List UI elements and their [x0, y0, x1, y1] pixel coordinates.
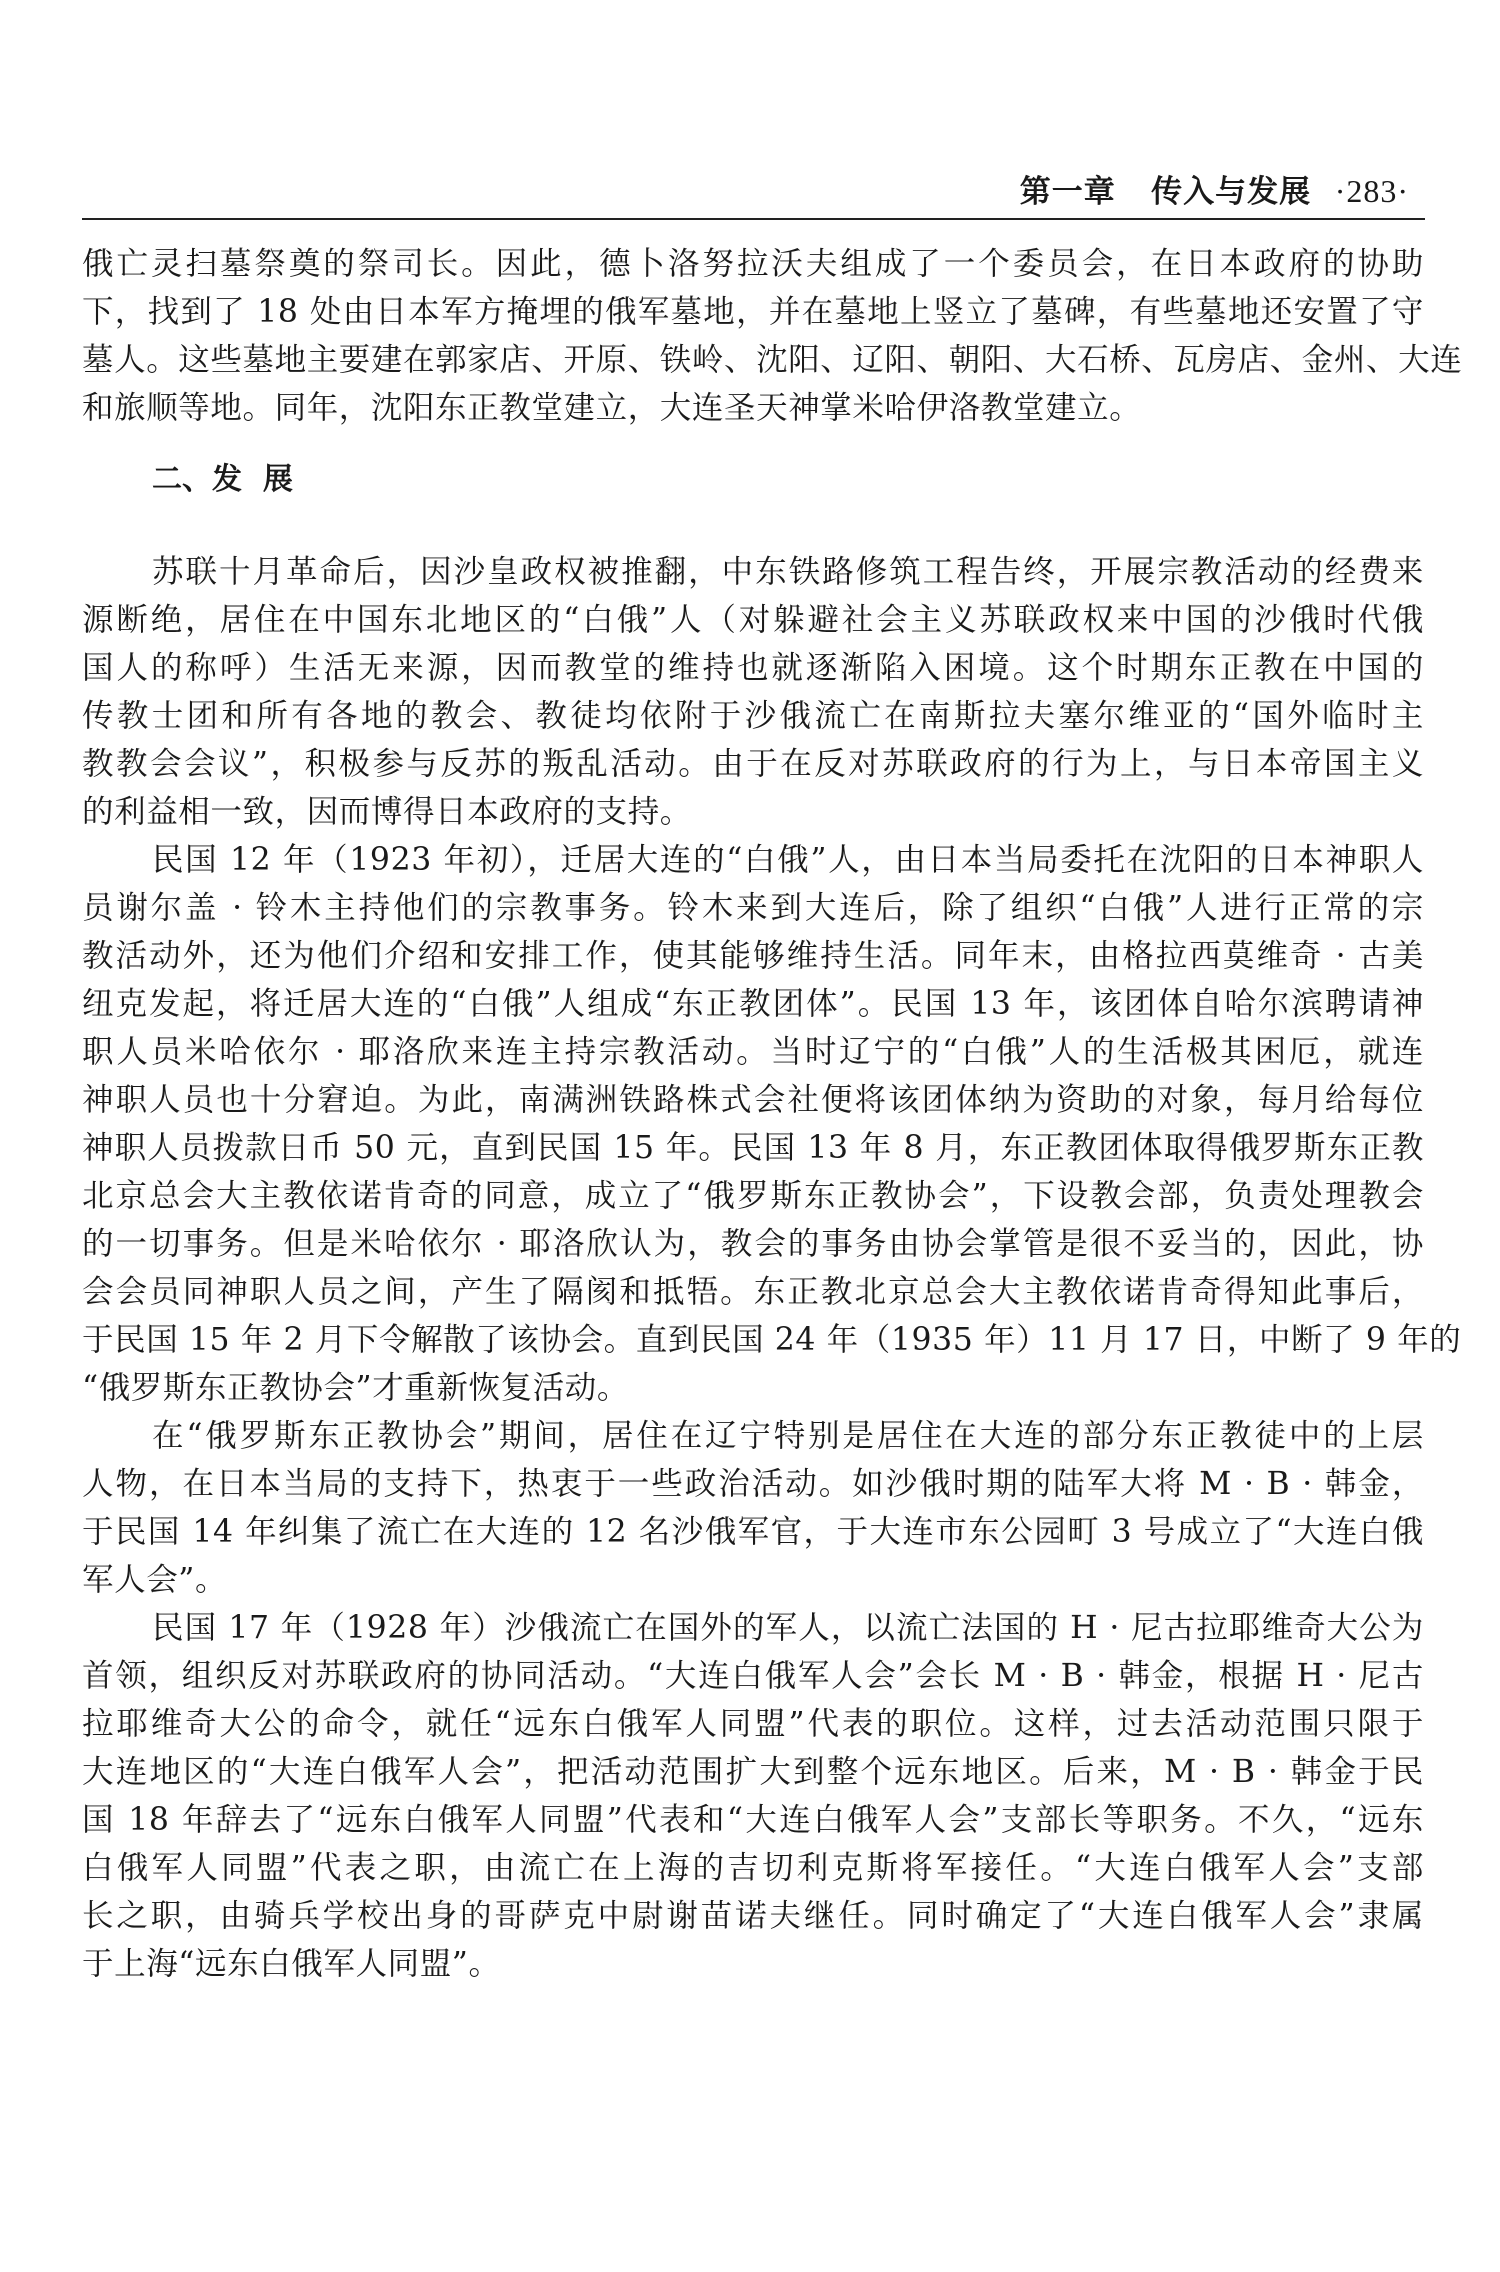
text-line: 军人会”。	[82, 1556, 1424, 1604]
text-line: 在“俄罗斯东正教协会”期间，居住在辽宁特别是居住在大连的部分东正教徒中的上层	[82, 1412, 1424, 1460]
text-line: 职人员米哈依尔 · 耶洛欣来连主持宗教活动。当时辽宁的“白俄”人的生活极其困厄，…	[82, 1028, 1424, 1076]
header-rule	[82, 218, 1425, 220]
paragraph: 民国 12 年（1923 年初），迁居大连的“白俄”人，由日本当局委托在沈阳的日…	[82, 836, 1424, 1412]
body-text: 俄亡灵扫墓祭奠的祭司长。因此，德卜洛努拉沃夫组成了一个委员会，在日本政府的协助 …	[82, 240, 1424, 1988]
text-line: 教活动外，还为他们介绍和安排工作，使其能够维持生活。同年末，由格拉西莫维奇 · …	[82, 932, 1424, 980]
text-line: 于民国 14 年纠集了流亡在大连的 12 名沙俄军官，于大连市东公园町 3 号成…	[82, 1508, 1424, 1556]
text-line: 国人的称呼）生活无来源，因而教堂的维持也就逐渐陷入困境。这个时期东正教在中国的	[82, 644, 1424, 692]
text-line: 神职人员拨款日币 50 元，直到民国 15 年。民国 13 年 8 月，东正教团…	[82, 1124, 1424, 1172]
text-line: 的一切事务。但是米哈依尔 · 耶洛欣认为，教会的事务由协会掌管是很不妥当的，因此…	[82, 1220, 1424, 1268]
text-line: 苏联十月革命后，因沙皇政权被推翻，中东铁路修筑工程告终，开展宗教活动的经费来	[82, 548, 1424, 596]
text-line: 下，找到了 18 处由日本军方掩埋的俄军墓地，并在墓地上竖立了墓碑，有些墓地还安…	[82, 288, 1424, 336]
intro-paragraph: 俄亡灵扫墓祭奠的祭司长。因此，德卜洛努拉沃夫组成了一个委员会，在日本政府的协助 …	[82, 240, 1424, 432]
text-line: 俄亡灵扫墓祭奠的祭司长。因此，德卜洛努拉沃夫组成了一个委员会，在日本政府的协助	[82, 240, 1424, 288]
paragraph: 苏联十月革命后，因沙皇政权被推翻，中东铁路修筑工程告终，开展宗教活动的经费来 源…	[82, 548, 1424, 836]
text-line: 源断绝，居住在中国东北地区的“白俄”人（对躲避社会主义苏联政权来中国的沙俄时代俄	[82, 596, 1424, 644]
text-line: 首领，组织反对苏联政府的协同活动。“大连白俄军人会”会长 M · B · 韩金，…	[82, 1652, 1424, 1700]
text-line: 国 18 年辞去了“远东白俄军人同盟”代表和“大连白俄军人会”支部长等职务。不久…	[82, 1796, 1424, 1844]
paragraph: 在“俄罗斯东正教协会”期间，居住在辽宁特别是居住在大连的部分东正教徒中的上层 人…	[82, 1412, 1424, 1604]
page-number: ·283·	[1335, 173, 1409, 209]
text-line: 拉耶维奇大公的命令，就任“远东白俄军人同盟”代表的职位。这样，过去活动范围只限于	[82, 1700, 1424, 1748]
text-line: 神职人员也十分窘迫。为此，南满洲铁路株式会社便将该团体纳为资助的对象，每月给每位	[82, 1076, 1424, 1124]
text-line: 白俄军人同盟”代表之职，由流亡在上海的吉切利克斯将军接任。“大连白俄军人会”支部	[82, 1844, 1424, 1892]
text-line: 长之职，由骑兵学校出身的哥萨克中尉谢苗诺夫继任。同时确定了“大连白俄军人会”隶属	[82, 1892, 1424, 1940]
text-line: “俄罗斯东正教协会”才重新恢复活动。	[82, 1364, 1424, 1412]
text-line: 员谢尔盖 · 铃木主持他们的宗教事务。铃木来到大连后，除了组织“白俄”人进行正常…	[82, 884, 1424, 932]
section-heading: 二、发 展	[82, 456, 1424, 504]
chapter-label: 第一章	[1020, 174, 1116, 210]
chapter-title: 传入与发展	[1151, 174, 1311, 210]
text-line: 和旅顺等地。同年，沈阳东正教堂建立，大连圣天神掌米哈伊洛教堂建立。	[82, 384, 1424, 432]
text-line: 民国 12 年（1923 年初），迁居大连的“白俄”人，由日本当局委托在沈阳的日…	[82, 836, 1424, 884]
paragraph: 民国 17 年（1928 年）沙俄流亡在国外的军人，以流亡法国的 H · 尼古拉…	[82, 1604, 1424, 1988]
header-text: 第一章 传入与发展 ·283·	[1020, 166, 1409, 211]
text-line: 的利益相一致，因而博得日本政府的支持。	[82, 788, 1424, 836]
text-line: 传教士团和所有各地的教会、教徒均依附于沙俄流亡在南斯拉夫塞尔维亚的“国外临时主	[82, 692, 1424, 740]
text-line: 会会员同神职人员之间，产生了隔阂和抵牾。东正教北京总会大主教依诺肯奇得知此事后，	[82, 1268, 1424, 1316]
text-line: 于民国 15 年 2 月下令解散了该协会。直到民国 24 年（1935 年）11…	[82, 1316, 1424, 1364]
text-line: 北京总会大主教依诺肯奇的同意，成立了“俄罗斯东正教协会”，下设教会部，负责处理教…	[82, 1172, 1424, 1220]
text-line: 于上海“远东白俄军人同盟”。	[82, 1940, 1424, 1988]
text-line: 纽克发起，将迁居大连的“白俄”人组成“东正教团体”。民国 13 年，该团体自哈尔…	[82, 980, 1424, 1028]
running-header: 第一章 传入与发展 ·283·	[82, 158, 1425, 220]
text-line: 人物，在日本当局的支持下，热衷于一些政治活动。如沙俄时期的陆军大将 M · B …	[82, 1460, 1424, 1508]
text-line: 墓人。这些墓地主要建在郭家店、开原、铁岭、沈阳、辽阳、朝阳、大石桥、瓦房店、金州…	[82, 336, 1424, 384]
text-line: 教教会会议”，积极参与反苏的叛乱活动。由于在反对苏联政府的行为上，与日本帝国主义	[82, 740, 1424, 788]
text-line: 大连地区的“大连白俄军人会”，把活动范围扩大到整个远东地区。后来，M · B ·…	[82, 1748, 1424, 1796]
text-line: 民国 17 年（1928 年）沙俄流亡在国外的军人，以流亡法国的 H · 尼古拉…	[82, 1604, 1424, 1652]
